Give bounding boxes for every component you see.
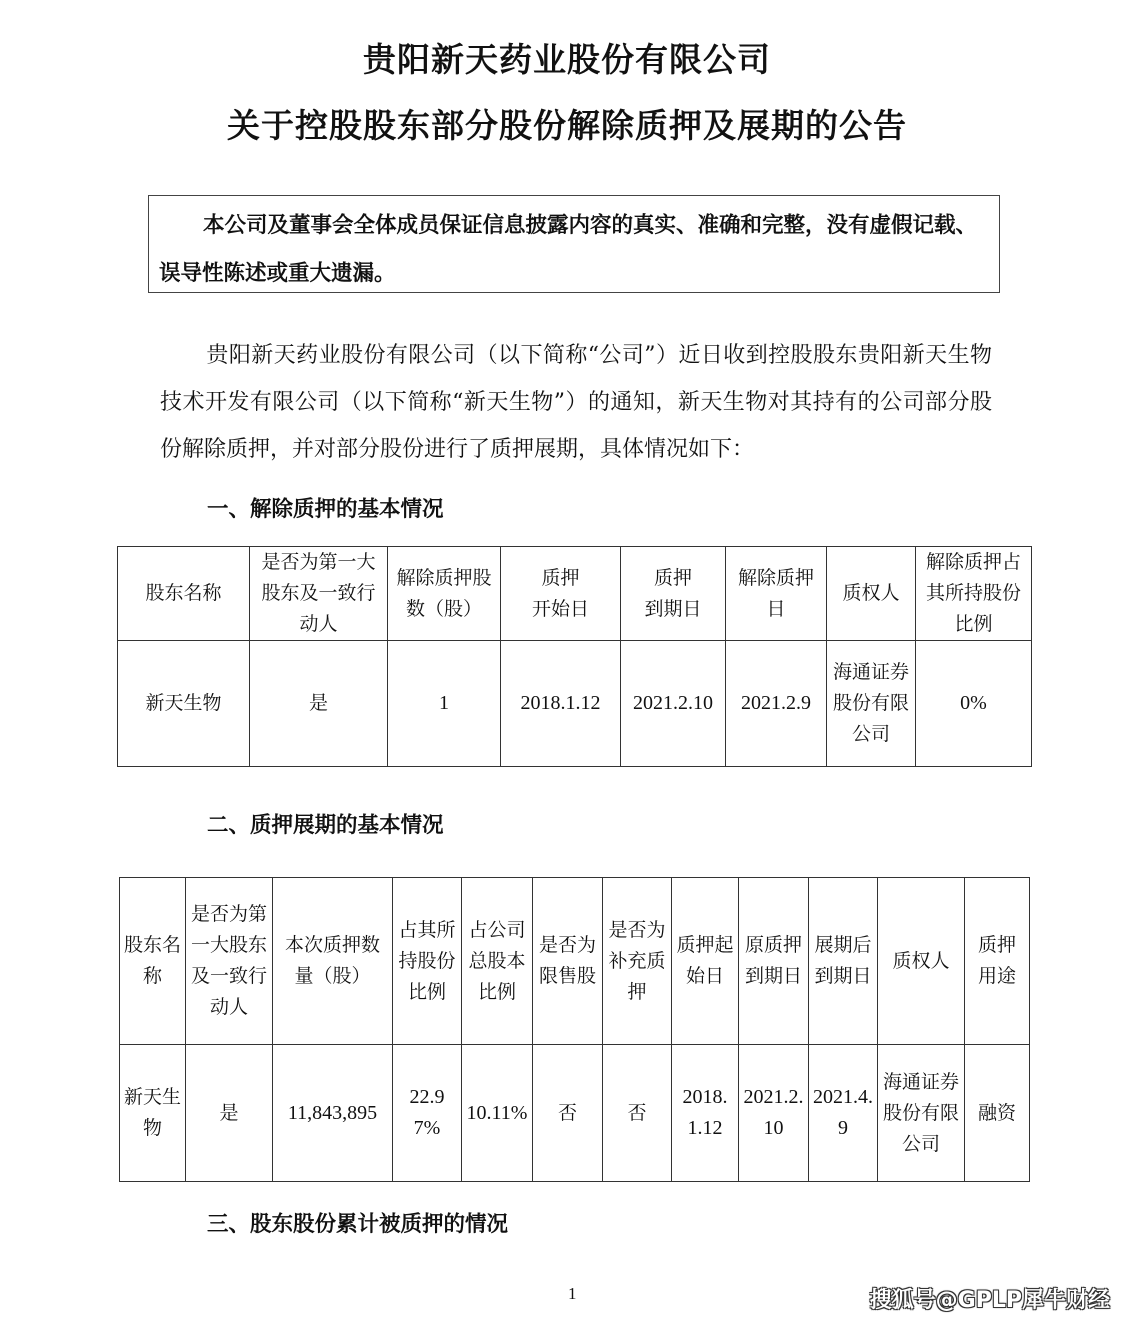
header-cell: 股东名称	[118, 547, 250, 641]
cell-original-expiry: 2021.2.10	[739, 1045, 809, 1182]
cell-released-shares: 1	[388, 641, 501, 767]
cell-is-largest: 是	[250, 641, 388, 767]
section-heading-cumulative: 三、股东股份累计被质押的情况	[207, 1207, 508, 1238]
document-title-subject: 关于控股股东部分股份解除质押及展期的公告	[0, 100, 1134, 147]
cell-is-supplementary: 否	[603, 1045, 672, 1182]
header-cell: 展期后到期日	[809, 878, 878, 1045]
cell-start-date: 2018.1.12	[501, 641, 621, 767]
source-watermark: 搜狐号@GPLP犀牛财经	[870, 1283, 1110, 1314]
header-cell: 质押起始日	[672, 878, 739, 1045]
header-cell: 占其所持股份比例	[393, 878, 462, 1045]
table-header-row: 股东名称 是否为第一大股东及一致行动人 本次质押数量（股） 占其所持股份比例 占…	[120, 878, 1030, 1045]
header-cell: 是否为第一大股东及一致行动人	[186, 878, 273, 1045]
table-row: 新天生物 是 11,843,895 22.97% 10.11% 否 否 2018…	[120, 1045, 1030, 1182]
header-cell: 原质押到期日	[739, 878, 809, 1045]
header-cell: 股东名称	[120, 878, 186, 1045]
header-cell: 质押 开始日	[501, 547, 621, 641]
table-header-row: 股东名称 是否为第一大股东及一致行动人 解除质押股数（股） 质押 开始日 质押 …	[118, 547, 1032, 641]
cell-is-restricted: 否	[533, 1045, 603, 1182]
header-cell: 质押用途	[965, 878, 1030, 1045]
cell-purpose: 融资	[965, 1045, 1030, 1182]
table-row: 新天生物 是 1 2018.1.12 2021.2.10 2021.2.9 海通…	[118, 641, 1032, 767]
document-title-company: 贵阳新天药业股份有限公司	[0, 34, 1134, 81]
intro-paragraph: 贵阳新天药业股份有限公司（以下简称“公司”）近日收到控股股东贵阳新天生物技术开发…	[160, 332, 992, 473]
disclosure-notice-box: 本公司及董事会全体成员保证信息披露内容的真实、准确和完整，没有虚假记载、误导性陈…	[148, 195, 1000, 293]
header-cell: 质押 到期日	[621, 547, 726, 641]
cell-expiry-date: 2021.2.10	[621, 641, 726, 767]
intro-text: 贵阳新天药业股份有限公司（以下简称“公司”）近日收到控股股东贵阳新天生物技术开发…	[160, 343, 992, 462]
section-heading-release: 一、解除质押的基本情况	[207, 492, 444, 523]
header-cell: 是否为第一大股东及一致行动人	[250, 547, 388, 641]
header-cell: 质权人	[827, 547, 916, 641]
cell-shareholder: 新天生物	[120, 1045, 186, 1182]
cell-is-largest: 是	[186, 1045, 273, 1182]
section-heading-extension: 二、质押展期的基本情况	[207, 808, 444, 839]
cell-release-date: 2021.2.9	[726, 641, 827, 767]
pledge-extension-table: 股东名称 是否为第一大股东及一致行动人 本次质押数量（股） 占其所持股份比例 占…	[119, 877, 1030, 1182]
header-cell: 占公司总股本比例	[462, 878, 533, 1045]
pledge-release-table: 股东名称 是否为第一大股东及一致行动人 解除质押股数（股） 质押 开始日 质押 …	[117, 546, 1032, 767]
cell-shareholder: 新天生物	[118, 641, 250, 767]
notice-text: 本公司及董事会全体成员保证信息披露内容的真实、准确和完整，没有虚假记载、误导性陈…	[159, 213, 977, 286]
cell-holding-ratio: 22.97%	[393, 1045, 462, 1182]
cell-start-date: 2018.1.12	[672, 1045, 739, 1182]
header-cell: 是否为限售股	[533, 878, 603, 1045]
header-cell: 解除质押股数（股）	[388, 547, 501, 641]
header-cell: 解除质押日	[726, 547, 827, 641]
page-number: 1	[568, 1284, 577, 1304]
cell-pledgee: 海通证券股份有限公司	[878, 1045, 965, 1182]
header-cell: 是否为补充质押	[603, 878, 672, 1045]
header-cell: 质权人	[878, 878, 965, 1045]
header-cell: 解除质押占其所持股份比例	[916, 547, 1032, 641]
cell-pledge-quantity: 11,843,895	[273, 1045, 393, 1182]
header-cell: 本次质押数量（股）	[273, 878, 393, 1045]
cell-pledgee: 海通证券股份有限公司	[827, 641, 916, 767]
cell-extended-expiry: 2021.4.9	[809, 1045, 878, 1182]
cell-release-ratio: 0%	[916, 641, 1032, 767]
cell-total-share-ratio: 10.11%	[462, 1045, 533, 1182]
